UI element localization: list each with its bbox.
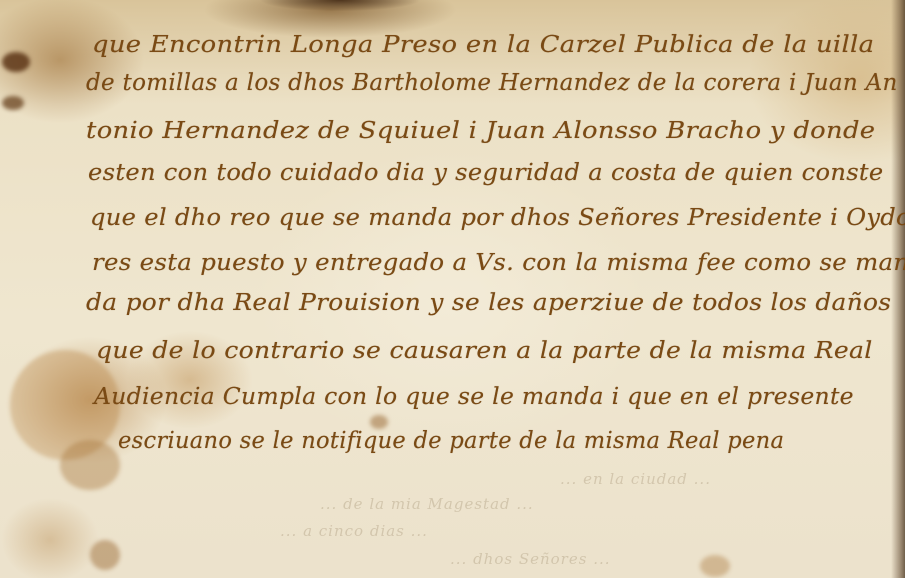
faded-reverse-line: ... dhos Señores ... [450,550,611,566]
manuscript-page: ... en la ciudad ... ... de la mia Mages… [0,0,905,578]
manuscript-line-6: res esta puesto y entregado a Vs. con la… [92,250,905,276]
water-stain [60,440,120,490]
ink-blot [2,96,24,110]
manuscript-line-10: escriuano se le notifique de parte de la… [118,428,784,454]
manuscript-line-4: esten con todo cuidado dia y seguridad a… [88,160,884,186]
manuscript-line-7: da por dha Real Prouision y se les aperz… [86,290,891,316]
manuscript-line-1: que Encontrin Longa Preso en la Carzel P… [92,32,874,58]
faded-reverse-line: ... a cinco dias ... [280,522,428,538]
manuscript-line-3: tonio Hernandez de Squiuel i Juan Alonss… [86,118,875,144]
top-edge-stain [240,0,440,14]
ink-blot [2,52,30,72]
faded-reverse-line: ... de la mia Magestad ... [320,495,534,511]
water-stain [90,540,120,570]
water-stain [700,555,730,577]
faded-reverse-line: ... en la ciudad ... [560,470,711,486]
water-stain [370,415,388,429]
manuscript-line-8: que de lo contrario se causaren a la par… [96,338,873,364]
manuscript-line-9: Audiencia Cumpla con lo que se le manda … [94,384,854,410]
manuscript-line-2: de tomillas a los dhos Bartholome Hernan… [86,70,898,96]
manuscript-line-5: que el dho reo que se manda por dhos Señ… [90,205,905,231]
